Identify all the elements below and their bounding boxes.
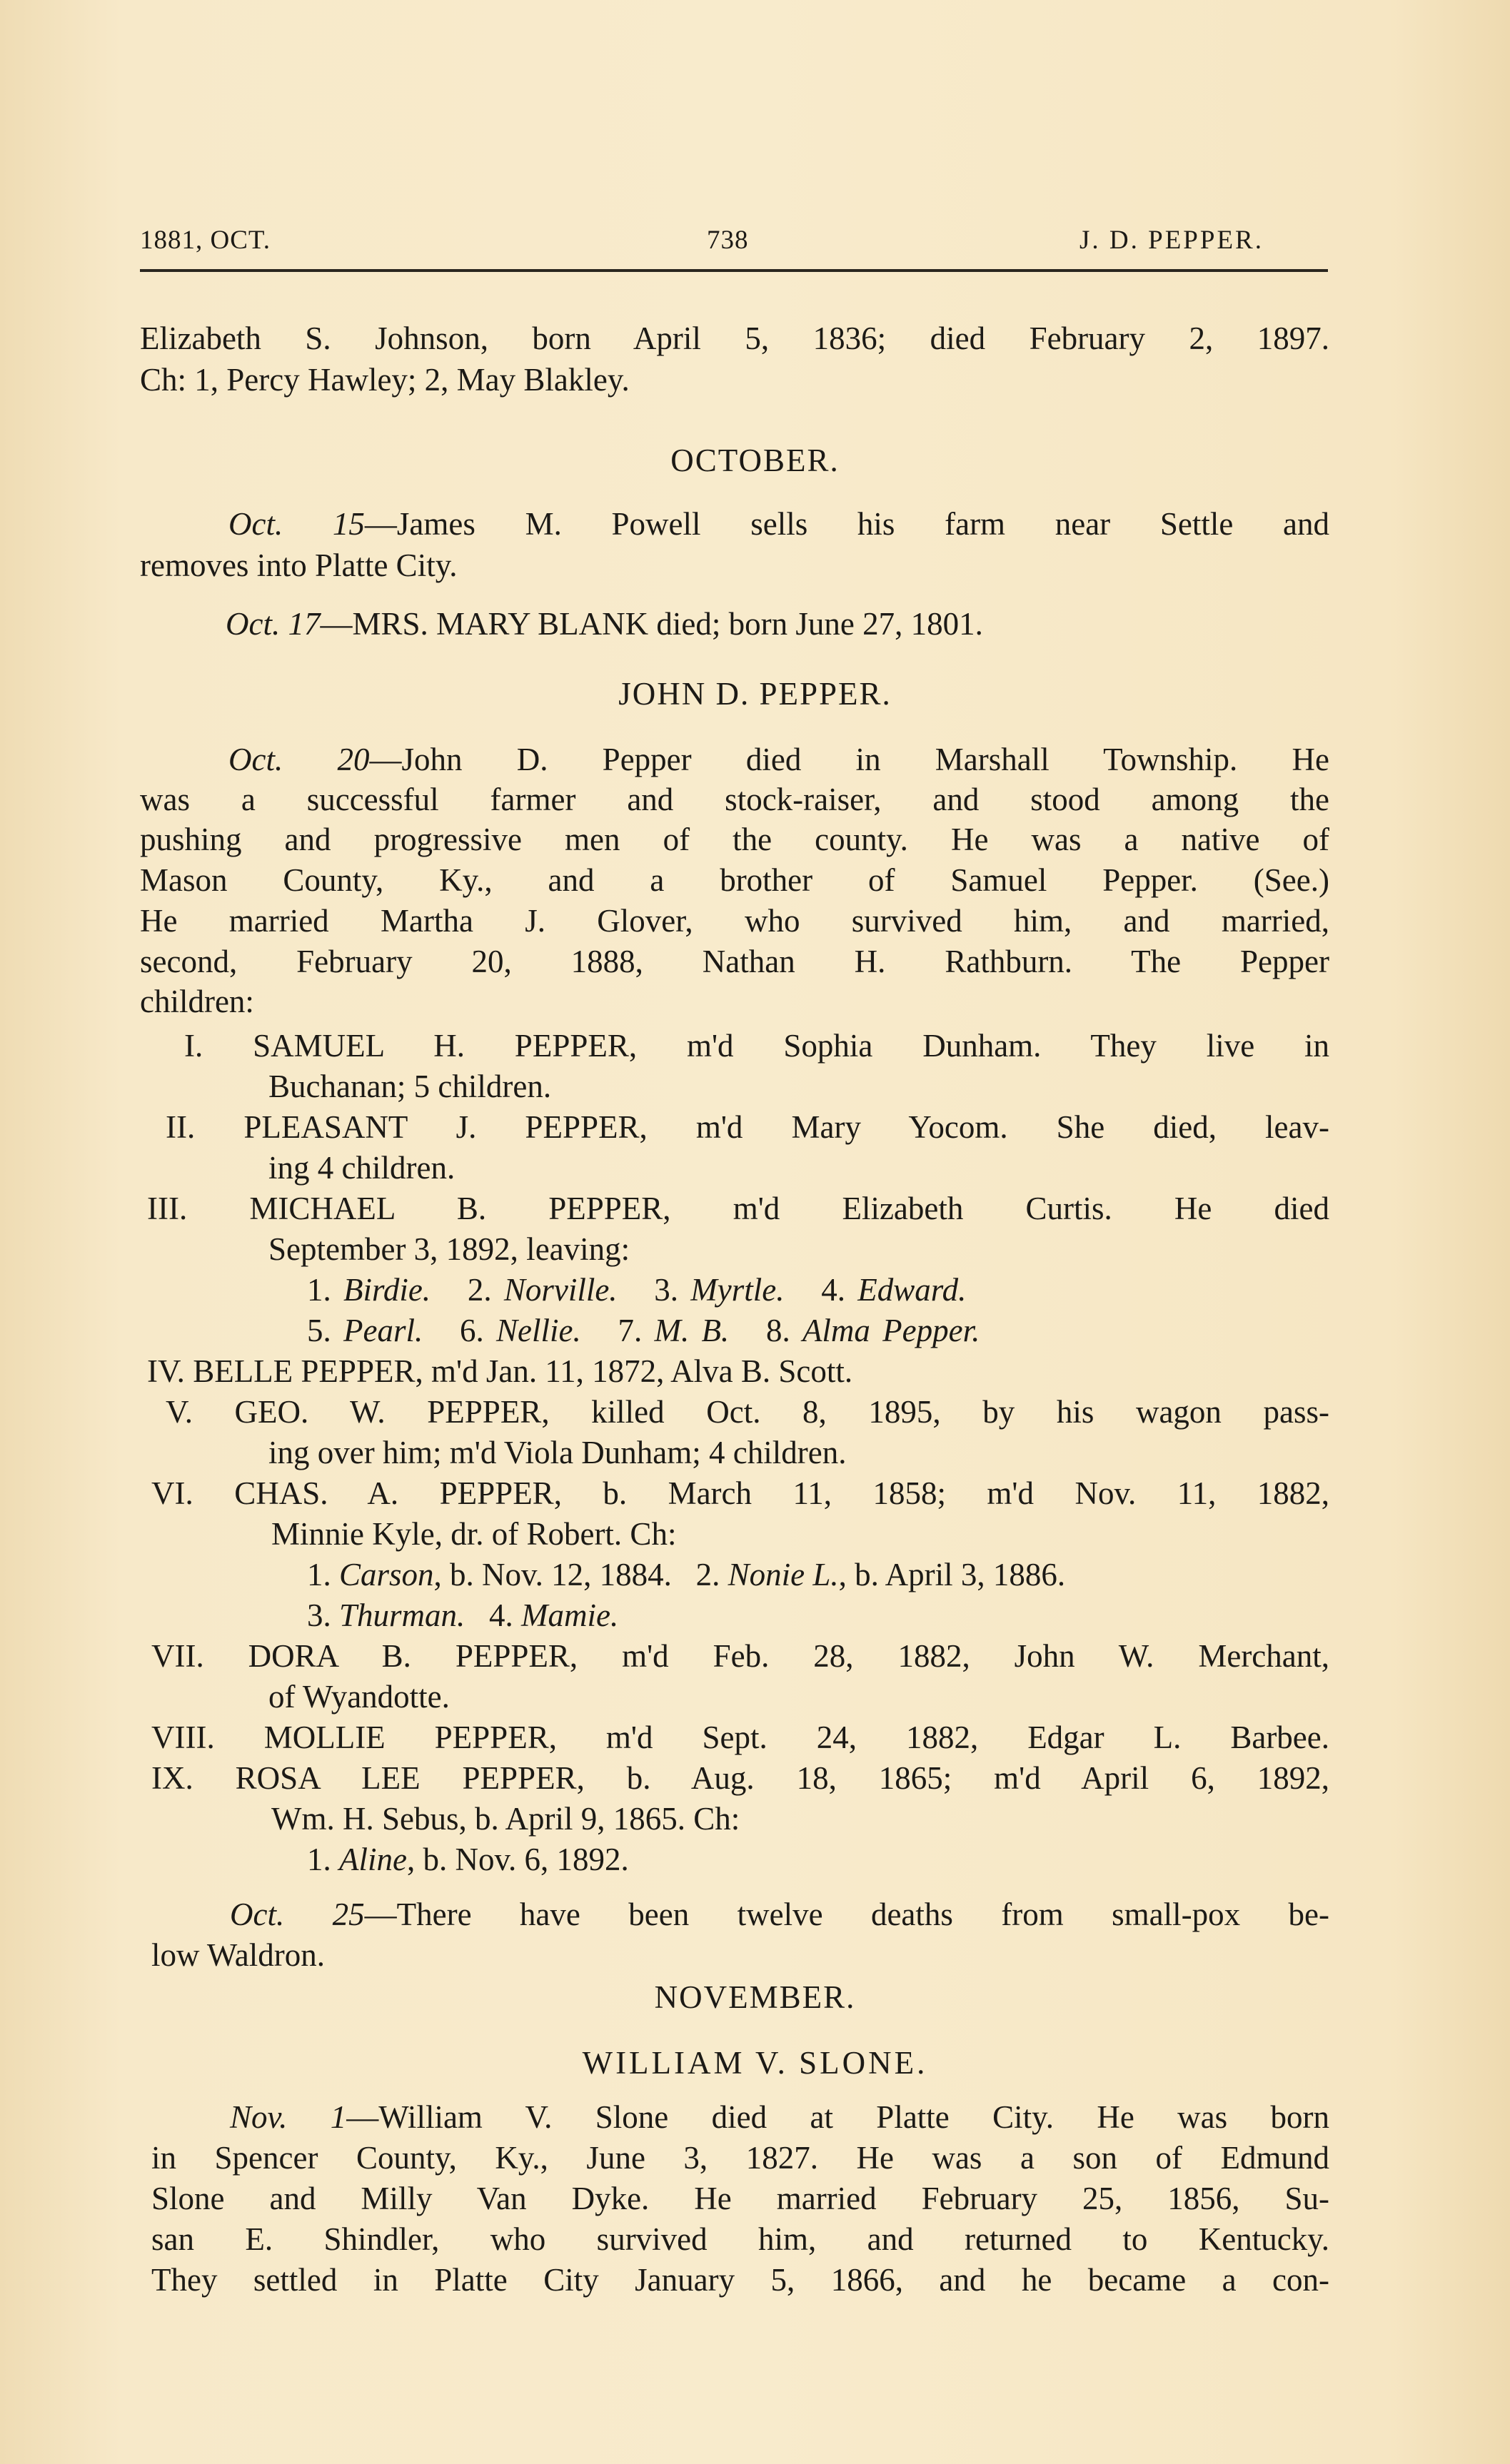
- child-text: GEO. W. PEPPER, killed Oct. 8, 1895, by …: [235, 1394, 1329, 1430]
- child-6-line-1: VI. CHAS. A. PEPPER, b. March 11, 1858; …: [151, 1478, 1329, 1510]
- child-3-grandchildren-line-2: 5. Pearl. 6. Nellie. 7. M. B. 8. Alma Pe…: [307, 1315, 980, 1347]
- entry-oct20-line-4: Mason County, Ky., and a brother of Samu…: [140, 864, 1329, 897]
- grandchild-number: 4.: [489, 1597, 513, 1633]
- child-4-line-1: IV. BELLE PEPPER, m'd Jan. 11, 1872, Alv…: [147, 1355, 852, 1388]
- grandchild-number: 6.: [460, 1313, 484, 1348]
- child-5-line-2: ing over him; m'd Viola Dunham; 4 childr…: [268, 1437, 846, 1469]
- child-8-line-1: VIII. MOLLIE PEPPER, m'd Sept. 24, 1882,…: [151, 1722, 1329, 1754]
- child-9-grandchildren-line-1: 1. Aline, b. Nov. 6, 1892.: [307, 1844, 629, 1876]
- child-text: MICHAEL B. PEPPER, m'd Elizabeth Curtis.…: [249, 1191, 1329, 1226]
- grandchild-name: Alma Pepper.: [802, 1313, 980, 1348]
- entry-date: Oct. 17: [226, 606, 320, 642]
- child-numeral: VIII.: [151, 1720, 215, 1755]
- grandchild-name: Birdie.: [343, 1272, 431, 1308]
- child-numeral: II.: [166, 1109, 195, 1145]
- entry-text: —William V. Slone died at Platte City. H…: [346, 2099, 1329, 2135]
- grandchild-number: 1.: [307, 1272, 331, 1308]
- entry-text: —James M. Powell sells his farm near Set…: [365, 506, 1329, 542]
- entry-oct15-line-1: Oct. 15—James M. Powell sells his farm n…: [228, 508, 1329, 540]
- entry-date: Nov. 1: [230, 2099, 346, 2135]
- grandchild-name: M. B.: [654, 1313, 729, 1348]
- entry-date: Oct. 25: [230, 1897, 365, 1932]
- child-7-line-1: VII. DORA B. PEPPER, m'd Feb. 28, 1882, …: [151, 1640, 1329, 1672]
- child-3-line-1: III. MICHAEL B. PEPPER, m'd Elizabeth Cu…: [147, 1193, 1329, 1225]
- entry-text: —John D. Pepper died in Marshall Townshi…: [369, 742, 1329, 777]
- entry-nov1-line-1: Nov. 1—William V. Slone died at Platte C…: [230, 2101, 1329, 2134]
- child-1-line-1: I. SAMUEL H. PEPPER, m'd Sophia Dunham. …: [184, 1030, 1329, 1062]
- grandchild-name: Nonie L.: [728, 1557, 839, 1592]
- entry-date: Oct. 15: [228, 506, 365, 542]
- entry-nov1-line-5: They settled in Platte City January 5, 1…: [151, 2264, 1329, 2296]
- heading-text: JOHN D. PEPPER.: [618, 678, 892, 710]
- entry-text: —There have been twelve deaths from smal…: [365, 1897, 1329, 1932]
- child-1-line-2: Buchanan; 5 children.: [268, 1071, 551, 1103]
- child-numeral: VI.: [151, 1475, 193, 1511]
- section-heading-november: NOVEMBER.: [0, 1981, 1510, 2014]
- grandchild-name: Myrtle.: [690, 1272, 784, 1308]
- grandchild-name: Edward.: [857, 1272, 966, 1308]
- grandchild-name: Thurman.: [339, 1597, 465, 1633]
- entry-oct20-line-7: children:: [140, 986, 254, 1018]
- grandchild-name: Nellie.: [496, 1313, 581, 1348]
- child-text: SAMUEL H. PEPPER, m'd Sophia Dunham. The…: [253, 1028, 1329, 1064]
- heading-text: NOVEMBER.: [655, 1981, 856, 2014]
- child-6-line-2: Minnie Kyle, dr. of Robert. Ch:: [271, 1518, 676, 1550]
- child-6-grandchildren-line-1: 1. Carson, b. Nov. 12, 1884. 2. Nonie L.…: [307, 1559, 1065, 1591]
- section-heading-william-slone: WILLIAM V. SLONE.: [0, 2047, 1510, 2079]
- entry-oct20-line-5: He married Martha J. Glover, who survive…: [140, 905, 1329, 937]
- grandchild-number: 3.: [654, 1272, 678, 1308]
- child-numeral: VII.: [151, 1638, 204, 1674]
- entry-nov1-line-2: in Spencer County, Ky., June 3, 1827. He…: [151, 2142, 1329, 2174]
- grandchild-detail: , b. April 3, 1886.: [839, 1557, 1066, 1592]
- page-number: 738: [707, 227, 749, 253]
- child-2-line-1: II. PLEASANT J. PEPPER, m'd Mary Yocom. …: [166, 1111, 1329, 1143]
- child-9-line-2: Wm. H. Sebus, b. April 9, 1865. Ch:: [271, 1803, 740, 1835]
- running-header-date: 1881, OCT.: [140, 227, 271, 253]
- heading-text: OCTOBER.: [670, 445, 839, 477]
- heading-text: WILLIAM V. SLONE.: [583, 2047, 928, 2079]
- entry-oct20-line-2: was a successful farmer and stock-raiser…: [140, 784, 1329, 816]
- child-numeral: III.: [147, 1191, 187, 1226]
- grandchild-number: 2.: [696, 1557, 720, 1592]
- entry-oct20-line-3: pushing and progressive men of the count…: [140, 824, 1329, 856]
- child-2-line-2: ing 4 children.: [268, 1152, 455, 1184]
- grandchild-detail: , b. Nov. 12, 1884.: [434, 1557, 672, 1592]
- header-rule: [140, 269, 1328, 272]
- grandchild-name: Pearl.: [343, 1313, 423, 1348]
- intro-line-1: Elizabeth S. Johnson, born April 5, 1836…: [140, 323, 1329, 355]
- grandchild-number: 1.: [307, 1557, 331, 1592]
- section-heading-october: OCTOBER.: [0, 445, 1510, 477]
- child-numeral: I.: [184, 1028, 203, 1064]
- grandchild-number: 4.: [821, 1272, 845, 1308]
- child-9-line-1: IX. ROSA LEE PEPPER, b. Aug. 18, 1865; m…: [151, 1762, 1329, 1794]
- grandchild-number: 5.: [307, 1313, 331, 1348]
- grandchild-name: Aline: [339, 1842, 407, 1877]
- grandchild-detail: , b. Nov. 6, 1892.: [407, 1842, 629, 1877]
- entry-oct25-line-2: low Waldron.: [151, 1939, 325, 1971]
- grandchild-name: Carson: [339, 1557, 434, 1592]
- child-3-grandchildren-line-1: 1. Birdie. 2. Norville. 3. Myrtle. 4. Ed…: [307, 1274, 966, 1306]
- entry-oct15-line-2: removes into Platte City.: [140, 550, 458, 582]
- child-numeral: IV.: [147, 1353, 185, 1389]
- intro-line-2: Ch: 1, Percy Hawley; 2, May Blakley.: [140, 364, 630, 396]
- entry-oct20-line-1: Oct. 20—John D. Pepper died in Marshall …: [228, 744, 1329, 776]
- child-text: DORA B. PEPPER, m'd Feb. 28, 1882, John …: [248, 1638, 1329, 1674]
- grandchild-name: Norville.: [504, 1272, 618, 1308]
- child-numeral: IX.: [151, 1760, 193, 1796]
- section-heading-john-pepper: JOHN D. PEPPER.: [0, 678, 1510, 710]
- grandchild-number: 2.: [468, 1272, 492, 1308]
- grandchild-number: 7.: [618, 1313, 642, 1348]
- entry-oct20-line-6: second, February 20, 1888, Nathan H. Rat…: [140, 946, 1329, 978]
- child-5-line-1: V. GEO. W. PEPPER, killed Oct. 8, 1895, …: [166, 1396, 1329, 1428]
- grandchild-number: 1.: [307, 1842, 331, 1877]
- child-numeral: V.: [166, 1394, 193, 1430]
- entry-text: —MRS. MARY BLANK died; born June 27, 180…: [320, 606, 982, 642]
- child-3-line-2: September 3, 1892, leaving:: [268, 1233, 630, 1266]
- grandchild-name: Mamie.: [521, 1597, 618, 1633]
- child-7-line-2: of Wyandotte.: [268, 1681, 450, 1713]
- entry-nov1-line-4: san E. Shindler, who survived him, and r…: [151, 2223, 1329, 2256]
- entry-nov1-line-3: Slone and Milly Van Dyke. He married Feb…: [151, 2183, 1329, 2215]
- child-text: BELLE PEPPER, m'd Jan. 11, 1872, Alva B.…: [193, 1353, 852, 1389]
- book-page: 1881, OCT. 738 J. D. PEPPER. Elizabeth S…: [0, 0, 1510, 2464]
- running-header-subject: J. D. PEPPER.: [1079, 227, 1264, 253]
- child-text: ROSA LEE PEPPER, b. Aug. 18, 1865; m'd A…: [236, 1760, 1329, 1796]
- grandchild-number: 3.: [307, 1597, 331, 1633]
- child-6-grandchildren-line-2: 3. Thurman. 4. Mamie.: [307, 1600, 618, 1632]
- entry-oct17: Oct. 17—MRS. MARY BLANK died; born June …: [226, 608, 983, 640]
- entry-oct25-line-1: Oct. 25—There have been twelve deaths fr…: [230, 1899, 1329, 1931]
- entry-date: Oct. 20: [228, 742, 369, 777]
- child-text: MOLLIE PEPPER, m'd Sept. 24, 1882, Edgar…: [264, 1720, 1329, 1755]
- child-text: PLEASANT J. PEPPER, m'd Mary Yocom. She …: [243, 1109, 1329, 1145]
- child-text: CHAS. A. PEPPER, b. March 11, 1858; m'd …: [234, 1475, 1329, 1511]
- grandchild-number: 8.: [766, 1313, 790, 1348]
